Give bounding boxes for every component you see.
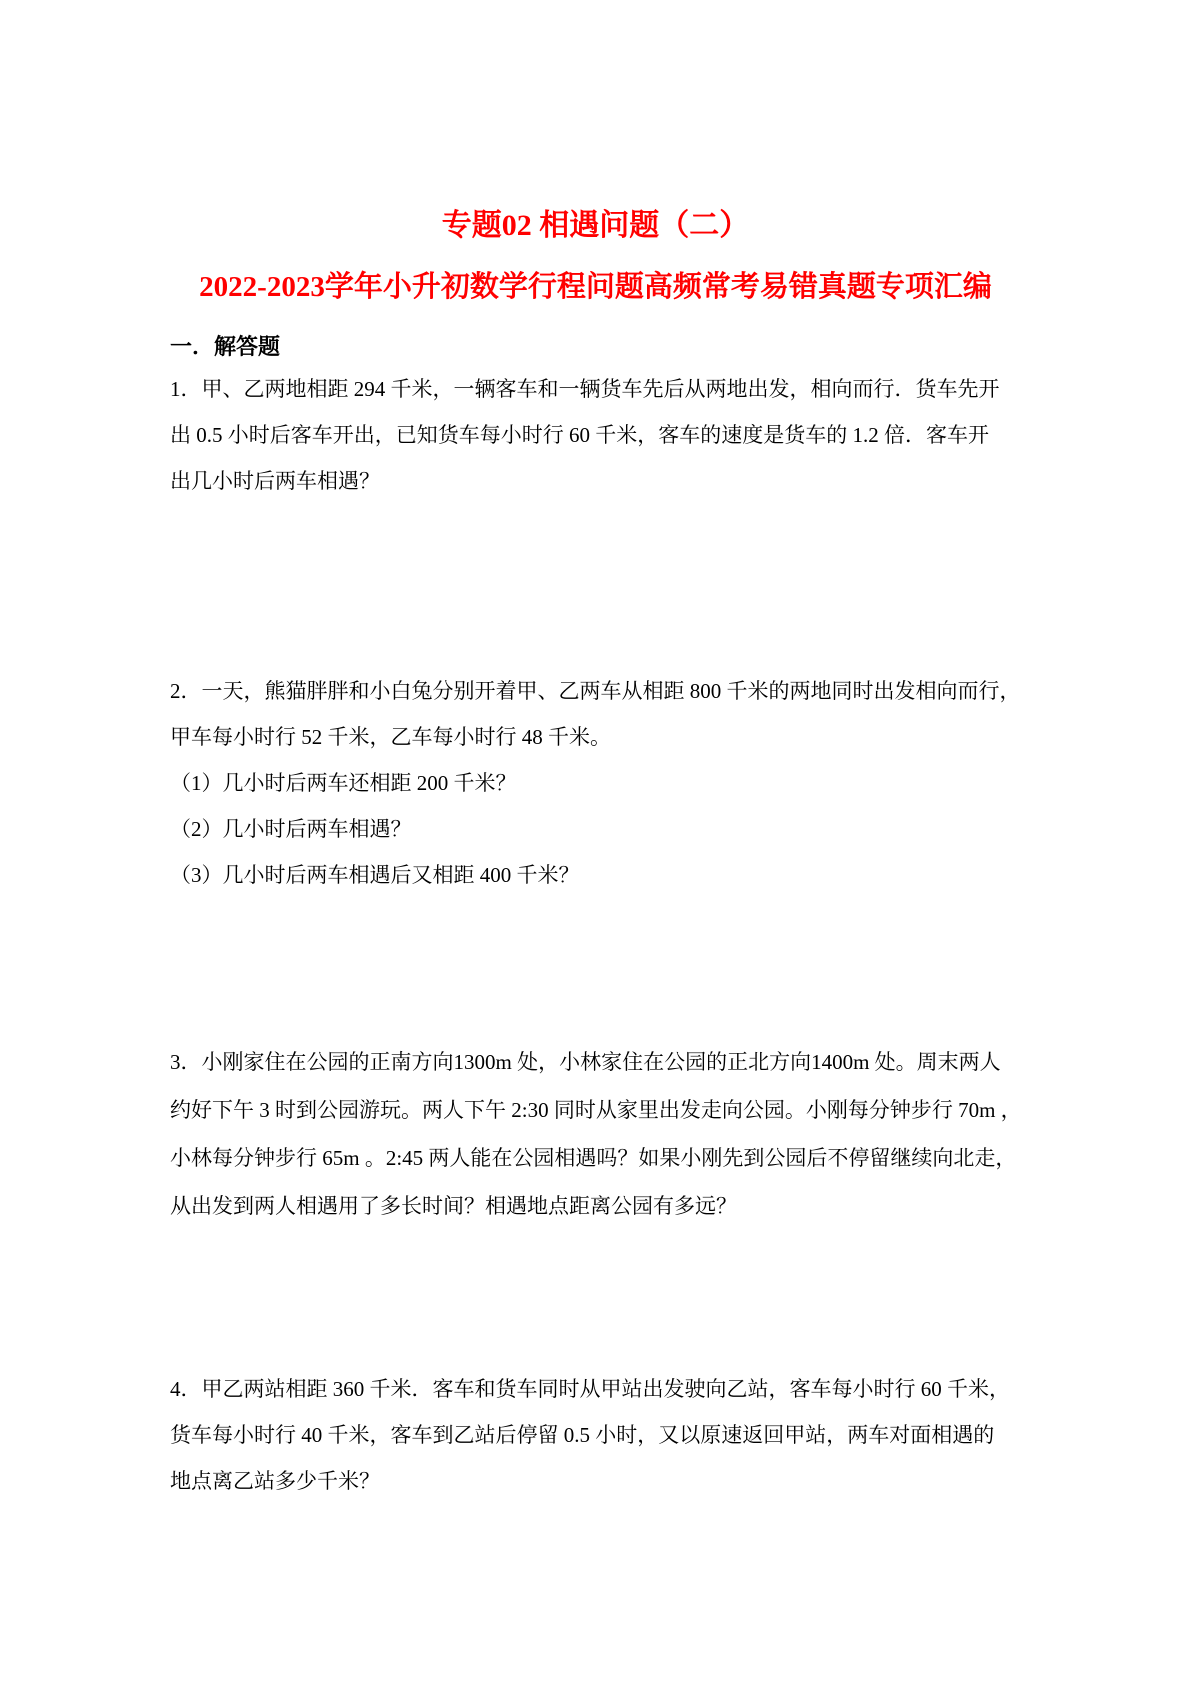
question-3-line-1: 3．小刚家住在公园的正南方向1300m 处，小林家住在公园的正北方向1400m … <box>170 1038 1040 1086</box>
section-heading: 一．解答题 <box>170 330 280 361</box>
question-3-line-3: 小林每分钟步行 65m 。2:45 两人能在公园相遇吗？如果小刚先到公园后不停留… <box>170 1134 1040 1182</box>
page-title: 专题02 相遇问题（二） <box>0 200 1191 244</box>
question-2: 2．一天，熊猫胖胖和小白兔分别开着甲、乙两车从相距 800 千米的两地同时出发相… <box>170 668 1040 898</box>
question-2-subquestion-2: （2）几小时后两车相遇？ <box>170 806 1040 852</box>
question-1-line-1: 1．甲、乙两地相距 294 千米，一辆客车和一辆货车先后从两地出发，相向而行．货… <box>170 366 1040 412</box>
question-1-line-3: 出几小时后两车相遇？ <box>170 458 1040 504</box>
question-2-subquestion-1: （1）几小时后两车还相距 200 千米？ <box>170 760 1040 806</box>
question-3-line-4: 从出发到两人相遇用了多长时间？相遇地点距离公园有多远？ <box>170 1182 1040 1230</box>
page-subtitle: 2022-2023学年小升初数学行程问题高频常考易错真题专项汇编 <box>0 264 1191 305</box>
question-2-subquestion-3: （3）几小时后两车相遇后又相距 400 千米？ <box>170 852 1040 898</box>
question-2-line-2: 甲车每小时行 52 千米，乙车每小时行 48 千米。 <box>170 714 1040 760</box>
question-4-line-1: 4．甲乙两站相距 360 千米．客车和货车同时从甲站出发驶向乙站，客车每小时行 … <box>170 1366 1040 1412</box>
question-1: 1．甲、乙两地相距 294 千米，一辆客车和一辆货车先后从两地出发，相向而行．货… <box>170 366 1040 504</box>
question-2-line-1: 2．一天，熊猫胖胖和小白兔分别开着甲、乙两车从相距 800 千米的两地同时出发相… <box>170 668 1040 714</box>
worksheet-page: 专题02 相遇问题（二） 2022-2023学年小升初数学行程问题高频常考易错真… <box>0 0 1191 1684</box>
question-3-line-2: 约好下午 3 时到公园游玩。两人下午 2:30 同时从家里出发走向公园。小刚每分… <box>170 1086 1040 1134</box>
question-4-line-2: 货车每小时行 40 千米，客车到乙站后停留 0.5 小时，又以原速返回甲站，两车… <box>170 1412 1040 1458</box>
question-3: 3．小刚家住在公园的正南方向1300m 处，小林家住在公园的正北方向1400m … <box>170 1038 1040 1230</box>
question-4-line-3: 地点离乙站多少千米？ <box>170 1458 1040 1504</box>
question-4: 4．甲乙两站相距 360 千米．客车和货车同时从甲站出发驶向乙站，客车每小时行 … <box>170 1366 1040 1504</box>
question-1-line-2: 出 0.5 小时后客车开出，已知货车每小时行 60 千米，客车的速度是货车的 1… <box>170 412 1040 458</box>
